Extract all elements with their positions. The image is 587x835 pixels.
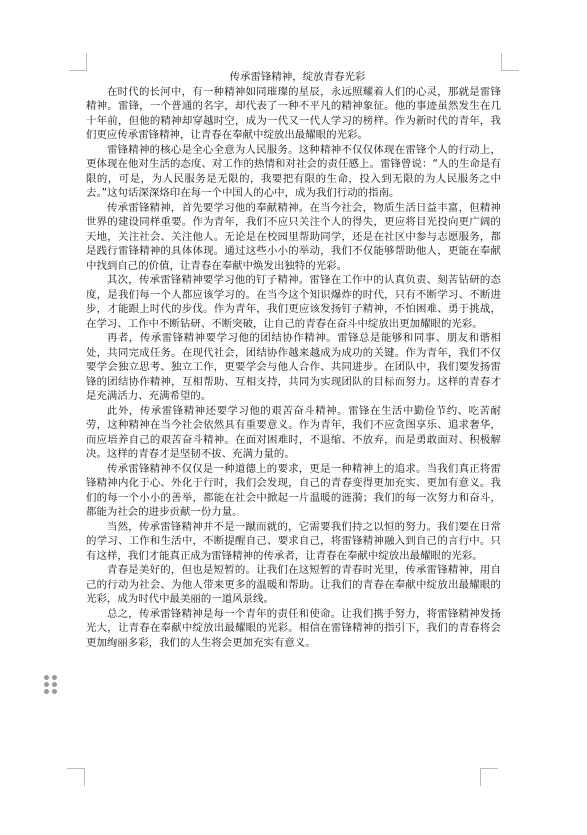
margin-mark-bottom-left [67, 768, 85, 786]
paragraph[interactable]: 雷锋精神的核心是全心全意为人民服务。这种精神不仅仅体现在雷锋个人的行动上，更体现… [86, 143, 501, 201]
drag-handle-icon[interactable] [44, 675, 58, 695]
drag-dot [44, 682, 49, 687]
paragraph[interactable]: 当然，传承雷锋精神并不是一蹴而就的，它需要我们持之以恒的努力。我们要在日常的学习… [86, 520, 501, 564]
drag-dot [44, 675, 49, 680]
paragraph[interactable]: 再者，传承雷锋精神要学习他的团结协作精神。雷锋总是能够和同事、朋友和谐相处，共同… [86, 331, 501, 404]
paragraph[interactable]: 此外，传承雷锋精神还要学习他的艰苦奋斗精神。雷锋在生活中勤俭节约、吃苦耐劳，这种… [86, 404, 501, 462]
paragraph[interactable]: 青春是美好的，但也是短暂的。让我们在这短暂的青春时光里，传承雷锋精神，用自己的行… [86, 563, 501, 607]
drag-dot [44, 689, 49, 694]
paragraph[interactable]: 传承雷锋精神不仅仅是一种道德上的要求，更是一种精神上的追求。当我们真正将雷锋精神… [86, 462, 501, 520]
paragraph[interactable]: 总之，传承雷锋精神是每一个青年的责任和使命。让我们携手努力，将雷锋精神发扬光大，… [86, 607, 501, 651]
margin-mark-top-left [69, 53, 87, 71]
drag-dot [52, 675, 57, 680]
paragraph[interactable]: 传承雷锋精神，首先要学习他的奉献精神。在当今社会，物质生活日益丰富，但精神世界的… [86, 201, 501, 274]
margin-mark-bottom-right [480, 768, 498, 786]
paragraph[interactable]: 其次，传承雷锋精神要学习他的钉子精神。雷锋在工作中的认真负责、刻苦钻研的态度，是… [86, 273, 501, 331]
margin-mark-top-right [501, 53, 519, 71]
paragraph[interactable]: 在时代的长河中，有一种精神如同璀璨的星辰，永远照耀着人们的心灵，那就是雷锋精神。… [86, 85, 501, 143]
document-title[interactable]: 传承雷锋精神，绽放青春光彩 [86, 70, 501, 85]
drag-dot [52, 682, 57, 687]
document-page: 传承雷锋精神，绽放青春光彩 在时代的长河中，有一种精神如同璀璨的星辰，永远照耀着… [0, 0, 587, 835]
document-body[interactable]: 传承雷锋精神，绽放青春光彩 在时代的长河中，有一种精神如同璀璨的星辰，永远照耀着… [86, 70, 501, 650]
drag-dot [52, 689, 57, 694]
